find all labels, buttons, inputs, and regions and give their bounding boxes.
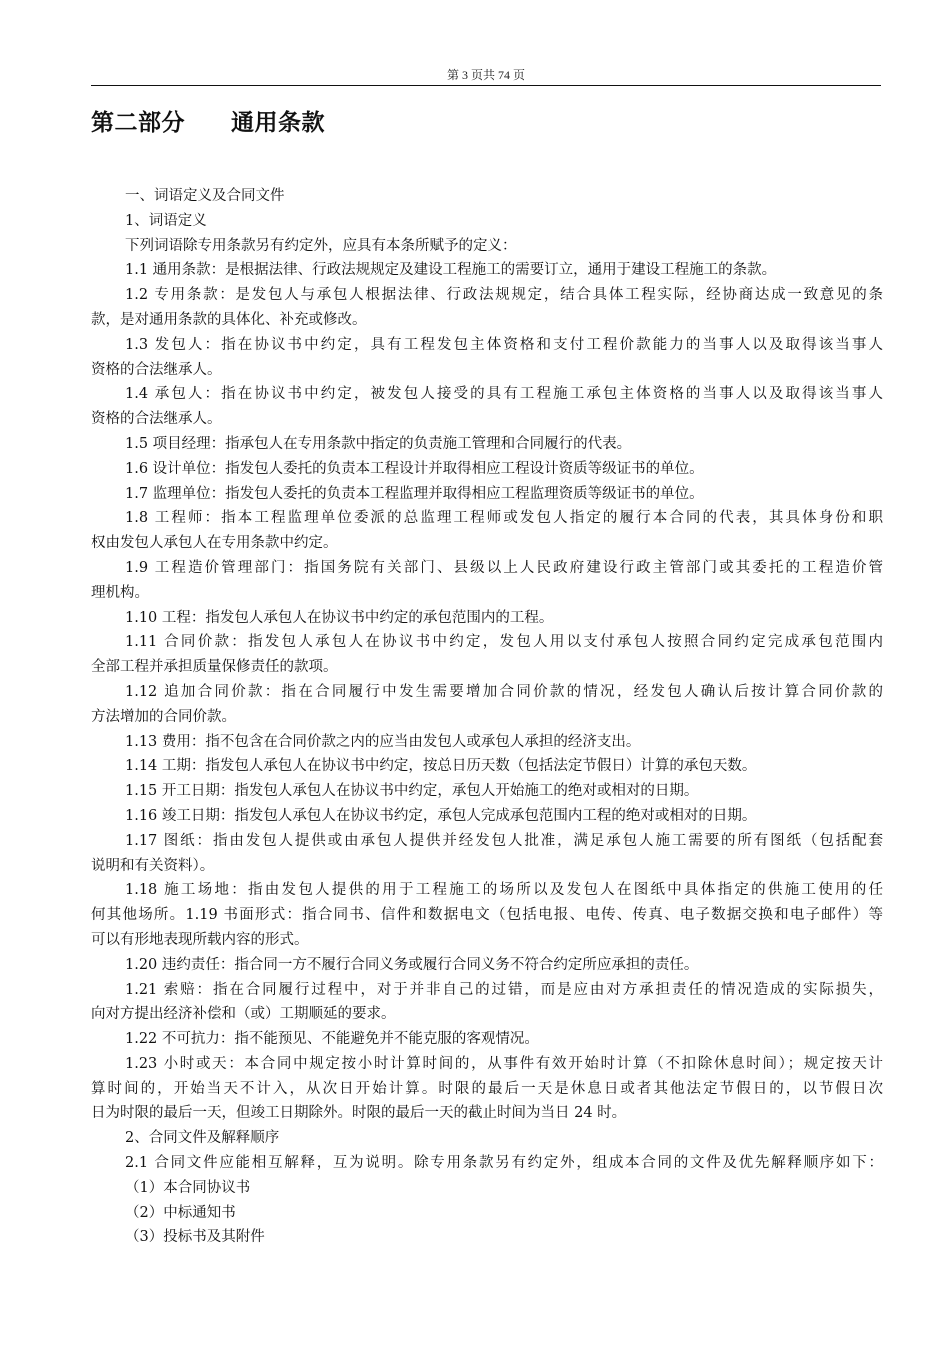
text-line: 1.3 发包人：指在协议书中约定，具有工程发包主体资格和支付工程价款能力的当事人… bbox=[91, 333, 883, 358]
text-line: 1.10 工程：指发包人承包人在协议书中约定的承包范围内的工程。 bbox=[91, 606, 883, 631]
text-line: 说明和有关资料）。 bbox=[91, 854, 883, 879]
text-line: 1.6 设计单位：指发包人委托的负责本工程设计并取得相应工程设计资质等级证书的单… bbox=[91, 457, 883, 482]
text-line: 理机构。 bbox=[91, 581, 883, 606]
text-line: 何其他场所。1.19 书面形式：指合同书、信件和数据电文（包括电报、电传、传真、… bbox=[91, 903, 883, 928]
text-line: 1.4 承包人：指在协议书中约定，被发包人接受的具有工程施工承包主体资格的当事人… bbox=[91, 382, 883, 407]
text-line: 全部工程并承担质量保修责任的款项。 bbox=[91, 655, 883, 680]
text-line: 款，是对通用条款的具体化、补充或修改。 bbox=[91, 308, 883, 333]
part-label: 第二部分 bbox=[91, 110, 185, 136]
text-line: 1.16 竣工日期：指发包人承包人在协议书约定，承包人完成承包范围内工程的绝对或… bbox=[91, 804, 883, 829]
document-body: 一、词语定义及合同文件1、词语定义下列词语除专用条款另有约定外，应具有本条所赋予… bbox=[91, 184, 883, 1250]
text-line: 可以有形地表现所载内容的形式。 bbox=[91, 928, 883, 953]
text-line: 1.17 图纸：指由发包人提供或由承包人提供并经发包人批准，满足承包人施工需要的… bbox=[91, 829, 883, 854]
page-header: 第 3 页共 74 页 bbox=[91, 66, 881, 83]
text-line: 1.23 小时或天：本合同中规定按小时计算时间的，从事件有效开始时计算（不扣除休… bbox=[91, 1052, 883, 1077]
text-line: 1.14 工期：指发包人承包人在协议书中约定，按总日历天数（包括法定节假日）计算… bbox=[91, 754, 883, 779]
text-line: 1.20 违约责任：指合同一方不履行合同义务或履行合同义务不符合约定所应承担的责… bbox=[91, 953, 883, 978]
part-name: 通用条款 bbox=[231, 110, 325, 136]
text-line: （3）投标书及其附件 bbox=[91, 1225, 883, 1250]
header-divider bbox=[91, 85, 881, 86]
text-line: 权由发包人承包人在专用条款中约定。 bbox=[91, 531, 883, 556]
text-line: 2、合同文件及解释顺序 bbox=[91, 1126, 883, 1151]
text-line: 1.5 项目经理：指承包人在专用条款中指定的负责施工管理和合同履行的代表。 bbox=[91, 432, 883, 457]
text-line: 资格的合法继承人。 bbox=[91, 358, 883, 383]
text-line: 下列词语除专用条款另有约定外，应具有本条所赋予的定义： bbox=[91, 234, 883, 259]
text-line: （1）本合同协议书 bbox=[91, 1176, 883, 1201]
text-line: 1.18 施工场地：指由发包人提供的用于工程施工的场所以及发包人在图纸中具体指定… bbox=[91, 878, 883, 903]
text-line: 方法增加的合同价款。 bbox=[91, 705, 883, 730]
text-line: 1.21 索赔：指在合同履行过程中，对于并非自己的过错，而是应由对方承担责任的情… bbox=[91, 978, 883, 1003]
text-line: 1.13 费用：指不包含在合同价款之内的应当由发包人或承包人承担的经济支出。 bbox=[91, 730, 883, 755]
text-line: 1.12 追加合同价款：指在合同履行中发生需要增加合同价款的情况，经发包人确认后… bbox=[91, 680, 883, 705]
text-line: 1.11 合同价款：指发包人承包人在协议书中约定，发包人用以支付承包人按照合同约… bbox=[91, 630, 883, 655]
text-line: 一、词语定义及合同文件 bbox=[91, 184, 883, 209]
text-line: 资格的合法继承人。 bbox=[91, 407, 883, 432]
text-line: 1.2 专用条款：是发包人与承包人根据法律、行政法规规定，结合具体工程实际，经协… bbox=[91, 283, 883, 308]
text-line: 1、词语定义 bbox=[91, 209, 883, 234]
text-line: 1.1 通用条款：是根据法律、行政法规规定及建设工程施工的需要订立，通用于建设工… bbox=[91, 258, 883, 283]
text-line: （2）中标通知书 bbox=[91, 1201, 883, 1226]
text-line: 算时间的，开始当天不计入，从次日开始计算。时限的最后一天是休息日或者其他法定节假… bbox=[91, 1077, 883, 1102]
text-line: 1.8 工程师：指本工程监理单位委派的总监理工程师或发包人指定的履行本合同的代表… bbox=[91, 506, 883, 531]
text-line: 日为时限的最后一天，但竣工日期除外。时限的最后一天的截止时间为当日 24 时。 bbox=[91, 1101, 883, 1126]
text-line: 1.22 不可抗力：指不能预见、不能避免并不能克服的客观情况。 bbox=[91, 1027, 883, 1052]
text-line: 向对方提出经济补偿和（或）工期顺延的要求。 bbox=[91, 1002, 883, 1027]
page-title: 第二部分通用条款 bbox=[91, 104, 325, 137]
text-line: 1.7 监理单位：指发包人委托的负责本工程监理并取得相应工程监理资质等级证书的单… bbox=[91, 482, 883, 507]
text-line: 1.15 开工日期：指发包人承包人在协议书中约定，承包人开始施工的绝对或相对的日… bbox=[91, 779, 883, 804]
text-line: 1.9 工程造价管理部门：指国务院有关部门、县级以上人民政府建设行政主管部门或其… bbox=[91, 556, 883, 581]
text-line: 2.1 合同文件应能相互解释，互为说明。除专用条款另有约定外，组成本合同的文件及… bbox=[91, 1151, 883, 1176]
